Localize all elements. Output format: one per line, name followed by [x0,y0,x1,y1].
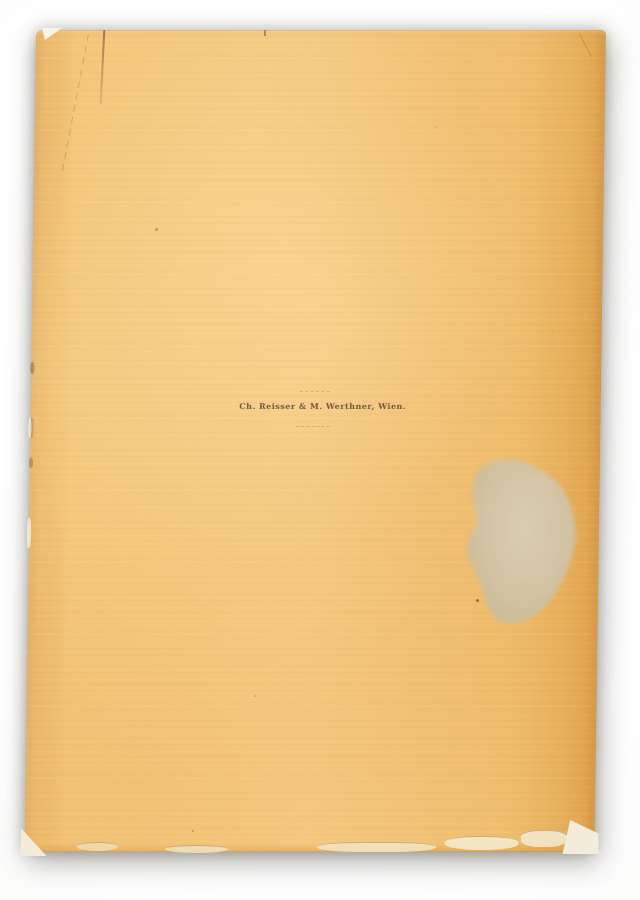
spine-edge-nick [28,418,31,438]
worn-corner-bottom-left [20,828,46,856]
water-stain-shape [466,459,576,623]
top-edge-nick [264,30,266,36]
foxing-speck [552,330,554,332]
foxing-speck [155,228,158,231]
spine-edge-nick [29,458,33,468]
bottom-edge-chip [165,845,229,853]
bottom-edge-chip [445,836,519,850]
foxing-speck [476,599,479,602]
water-stain [448,442,599,638]
book-back-cover: Ch. Reisser & M. Werthner, Wien. [25,30,606,852]
foxing-speck [435,126,437,128]
diagonal-scratch [62,34,89,172]
worn-corner-bottom-right [562,820,598,854]
foxing-speck [255,695,257,697]
crease-crack-top-left [100,30,106,104]
bottom-edge-chip [77,842,119,851]
show-through-line-bottom [296,426,329,427]
bottom-edge-chip [521,830,567,847]
spine-edge-nick [27,518,31,548]
printer-imprint: Ch. Reisser & M. Werthner, Wien. [45,401,601,412]
foxing-speck [192,830,194,832]
worn-corner-top-left [42,28,62,40]
bottom-edge-chip [317,842,437,852]
paper-mottling [25,30,606,852]
spine-edge-nick [30,362,34,374]
photo-background: Ch. Reisser & M. Werthner, Wien. [0,0,640,900]
paper-texture-lines [25,30,606,852]
show-through-line-top [300,391,330,392]
crease-crack-top-right [579,33,592,56]
